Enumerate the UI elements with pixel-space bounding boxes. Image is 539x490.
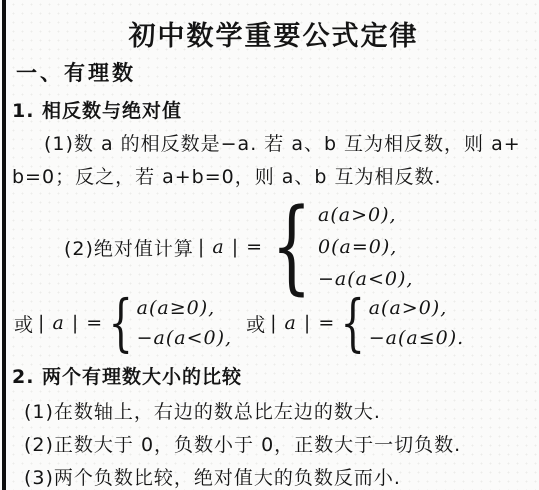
list-item-two-negatives: (3)两个负数比较，绝对值大的负数反而小. xyxy=(24,463,401,490)
formula-cases: a(a≥0), −a(a<0), xyxy=(137,293,232,353)
case-positive: a(a>0), xyxy=(318,199,413,231)
section-heading-rational-numbers: 一、有理数 xyxy=(16,57,136,87)
formula-cases: a(a>0), −a(a≤0). xyxy=(369,293,464,353)
formula-absolute-value: (2)绝对值计算 | a | = { a(a>0), 0(a=0), −a(a<… xyxy=(64,196,413,298)
subsection-heading-opposite-and-absolute: 1. 相反数与绝对值 xyxy=(12,96,182,123)
left-brace-icon: { xyxy=(109,292,133,354)
case-positive: a(a>0), xyxy=(369,293,464,323)
case-negative: −a(a<0), xyxy=(137,323,232,353)
case-zero: 0(a=0), xyxy=(318,231,413,263)
case-negative: −a(a<0), xyxy=(318,263,413,295)
formula-or-variant-2: 或 | a | = { a(a>0), −a(a≤0). xyxy=(246,292,464,354)
paragraph-opposite-number-line1: (1)数 a 的相反数是−a. 若 a、b 互为相反数，则 a+ xyxy=(44,129,521,156)
or-lhs-2: | a | = xyxy=(270,312,335,334)
case-nonpositive: −a(a≤0). xyxy=(369,323,464,353)
list-item-positive-negative: (2)正数大于 0，负数小于 0，正数大于一切负数. xyxy=(24,430,461,457)
list-item-number-line: (1)在数轴上，右边的数总比左边的数大. xyxy=(24,397,381,424)
or-lhs-1: | a | = xyxy=(38,312,103,334)
or-label-2: 或 xyxy=(246,310,266,337)
document-content: 初中数学重要公式定律 一、有理数 1. 相反数与绝对值 (1)数 a 的相反数是… xyxy=(8,0,539,490)
formula-absolute-value-lhs: | a | = xyxy=(198,236,263,258)
or-label-1: 或 xyxy=(14,310,34,337)
formula-or-variant-1: 或 | a | = { a(a≥0), −a(a<0), xyxy=(14,292,232,354)
document-page: 初中数学重要公式定律 一、有理数 1. 相反数与绝对值 (1)数 a 的相反数是… xyxy=(0,0,539,490)
page-title: 初中数学重要公式定律 xyxy=(8,14,539,53)
case-nonnegative: a(a≥0), xyxy=(137,293,232,323)
subsection-heading-comparison: 2. 两个有理数大小的比较 xyxy=(12,362,242,389)
formula-absolute-value-alternatives: 或 | a | = { a(a≥0), −a(a<0), 或 | a | = {… xyxy=(14,292,464,354)
left-brace-icon: { xyxy=(341,292,365,354)
formula-absolute-value-label: (2)绝对值计算 xyxy=(64,234,194,261)
formula-cases: a(a>0), 0(a=0), −a(a<0), xyxy=(318,199,413,295)
left-brace-icon: { xyxy=(271,196,311,298)
paragraph-opposite-number-line2: b=0；反之，若 a+b=0，则 a、b 互为相反数. xyxy=(12,162,442,189)
page-left-border xyxy=(2,0,6,490)
